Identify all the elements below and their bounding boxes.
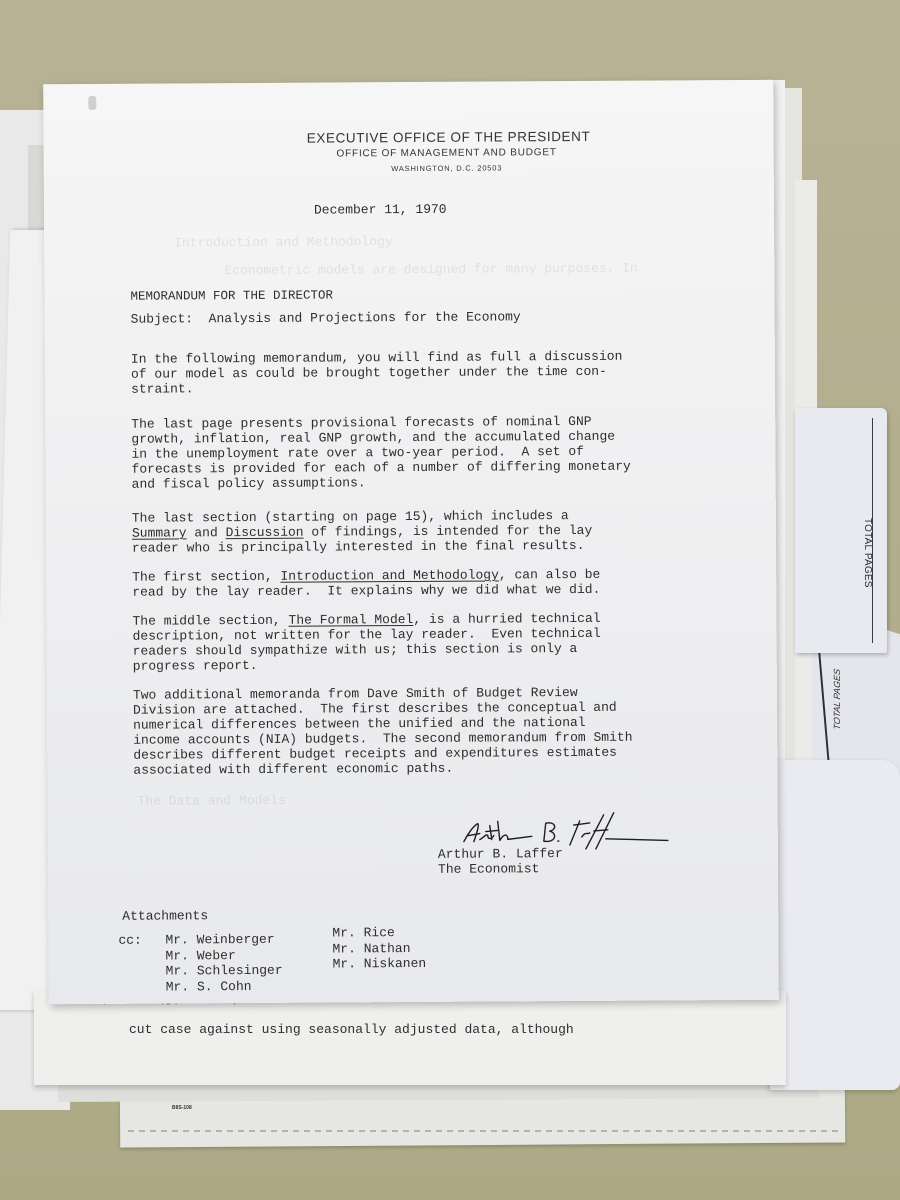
smudge-mark	[88, 96, 96, 110]
paragraph-first-section: The first section, Introduction and Meth…	[132, 567, 600, 600]
cc-recipient: Mr. S. Cohn	[166, 978, 283, 994]
paragraph-intro: In the following memorandum, you will fi…	[131, 349, 623, 397]
signer-title: The Economist	[438, 861, 540, 877]
slip-label: TOTAL PAGES	[832, 667, 842, 731]
text-line: describes different budget receipts and …	[133, 745, 632, 763]
faded-text	[128, 1130, 838, 1132]
attachments-label: Attachments	[122, 908, 208, 924]
text-fragment: The first section,	[132, 569, 280, 585]
cc-recipient: Mr. Weber	[165, 947, 282, 963]
cc-recipient: Mr. Niskanen	[333, 956, 427, 972]
text-fragment: and	[187, 525, 226, 540]
total-pages-label: TOTAL PAGES	[862, 518, 873, 588]
text-line: forecasts is provided for each of a numb…	[132, 459, 631, 477]
text-line: read by the lay reader. It explains why …	[132, 582, 600, 600]
letterhead-office: OFFICE OF MANAGEMENT AND BUDGET	[82, 146, 812, 161]
paragraph-middle-section: The middle section, The Formal Model, is…	[132, 611, 600, 674]
cc-recipient: Mr. Nathan	[332, 940, 426, 956]
cc-recipient: Mr. Weinberger	[165, 932, 282, 948]
underlined-formal-model: The Formal Model	[288, 612, 413, 628]
cc-recipient: Mr. Rice	[332, 925, 426, 941]
text-line: progress report.	[133, 656, 601, 674]
paragraph-forecasts: The last page presents provisional forec…	[131, 414, 631, 492]
text-line: of our model as could be brought togethe…	[131, 364, 623, 382]
text-line: reader who is principally interested in …	[132, 538, 592, 556]
letterhead-address: WASHINGTON, D.C. 20503	[82, 162, 812, 175]
memo-page: Introduction and Methodology Econometric…	[43, 80, 779, 1004]
curled-slip	[770, 760, 900, 1090]
signer-name: Arthur B. Laffer	[438, 846, 563, 862]
text-fragment: , is a hurried technical	[413, 611, 600, 627]
paragraph-attachments-note: Two additional memoranda from Dave Smith…	[133, 685, 633, 778]
underlined-summary: Summary	[132, 525, 187, 540]
text-line: associated with different economic paths…	[133, 760, 632, 778]
memo-date: December 11, 1970	[314, 202, 447, 218]
bleed-through-text: The Data and Models	[138, 793, 286, 809]
text-line: and fiscal policy assumptions.	[132, 474, 631, 492]
text-fragment: The middle section,	[132, 613, 288, 629]
letterhead-title: EXECUTIVE OFFICE OF THE PRESIDENT	[83, 128, 813, 147]
text-fragment: of findings, is intended for the lay	[304, 523, 593, 540]
cc-recipient: Mr. Schlesinger	[166, 963, 283, 979]
cc-label: cc:	[118, 933, 141, 948]
text-line: readers should sympathize with us; this …	[133, 641, 601, 659]
memo-addressee: MEMORANDUM FOR THE DIRECTOR	[130, 288, 333, 304]
memo-subject: Subject: Analysis and Projections for th…	[131, 309, 521, 326]
total-pages-slip: TOTAL PAGES	[795, 408, 887, 653]
paragraph-last-section: The last section (starting on page 15), …	[132, 508, 593, 556]
underlying-text-line: cut case against using seasonally adjust…	[129, 1022, 574, 1037]
underlying-page: ɥɐʇ ʎllɐɔᴉɟᴉɔǝds ɐʇɐp . ˙ - cut case aga…	[34, 990, 786, 1085]
text-line: straint.	[131, 379, 623, 397]
underlined-discussion: Discussion	[226, 525, 304, 540]
subject-label: Subject:	[131, 311, 194, 326]
cc-list-column-1: Mr. WeinbergerMr. WeberMr. SchlesingerMr…	[165, 932, 282, 995]
subject-text: Analysis and Projections for the Economy	[209, 309, 521, 326]
underlined-introduction: Introduction and Methodology	[280, 567, 499, 583]
bleed-through-text: Introduction and Methodology	[174, 234, 393, 250]
form-code: BIIS-108	[172, 1105, 192, 1111]
bleed-through-text: Econometric models are designed for many…	[224, 261, 638, 279]
text-fragment: , can also be	[499, 567, 601, 583]
cc-list-column-2: Mr. RiceMr. NathanMr. Niskanen	[332, 925, 426, 972]
